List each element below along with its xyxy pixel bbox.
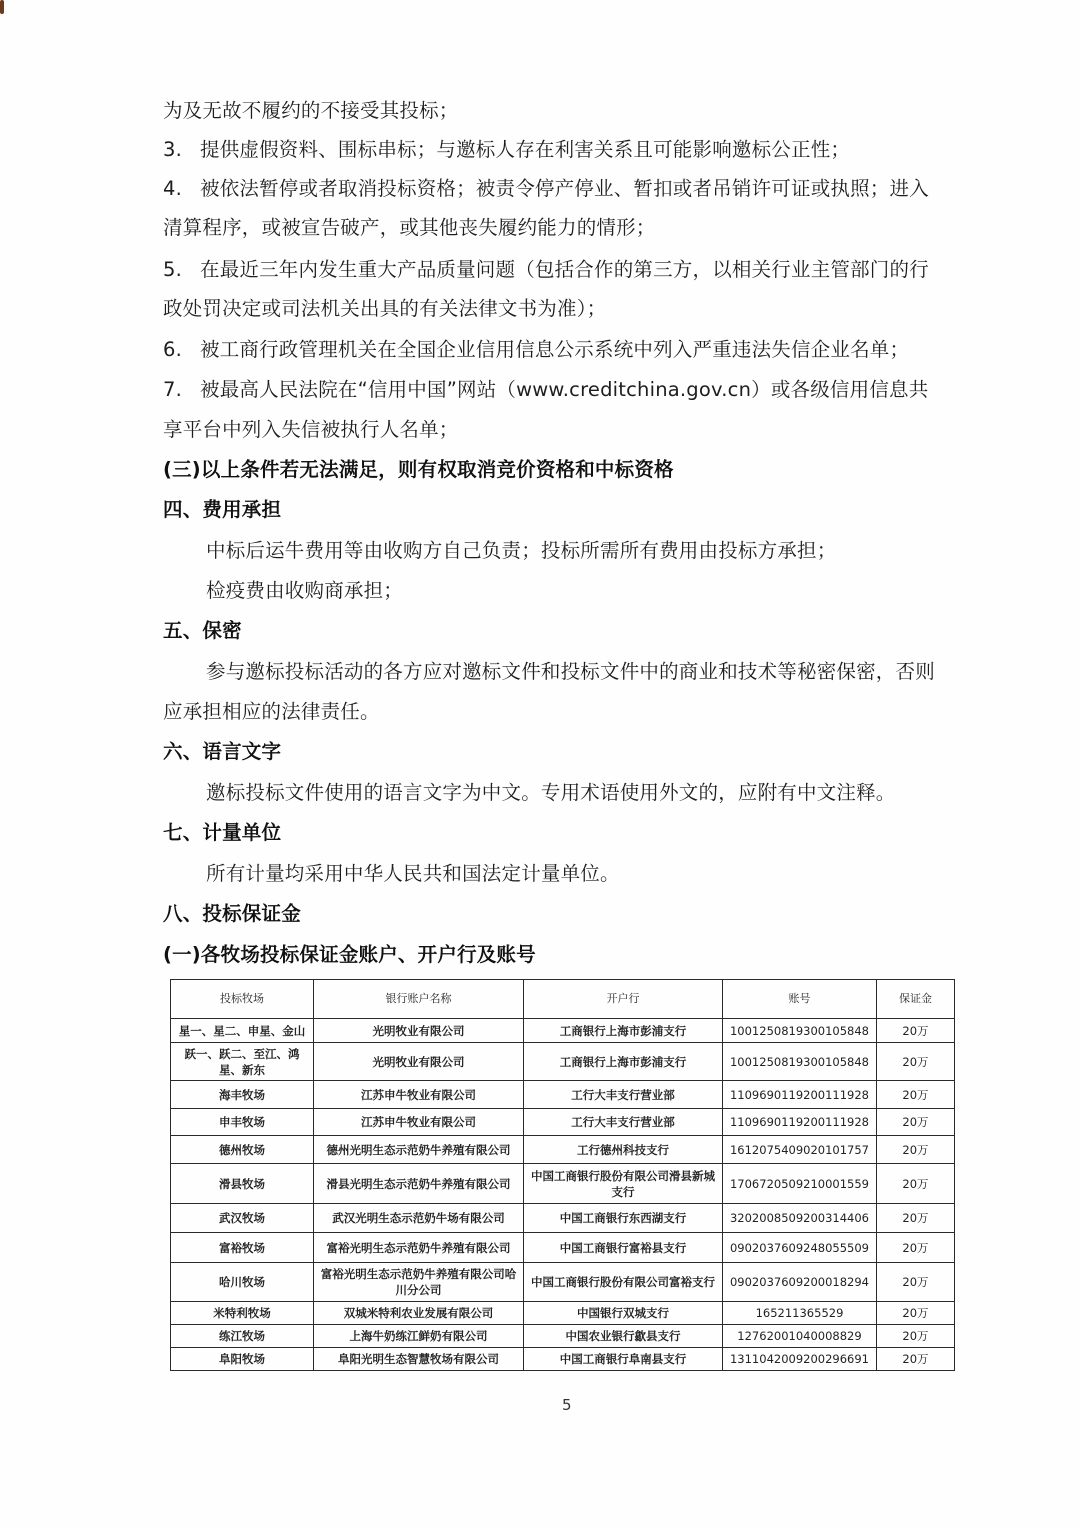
deposit-cell: 20万 [877, 1109, 955, 1136]
farm-cell: 德州牧场 [171, 1136, 314, 1164]
table-row: 武汉牧场武汉光明生态示范奶牛场有限公司中国工商银行东西湖支行3202008509… [171, 1204, 955, 1233]
farm-cell: 星一、星二、申星、金山 [171, 1019, 314, 1043]
list-item-5: 5.在最近三年内发生重大产品质量问题（包括合作的第三方，以相关行业主管部门的行 [163, 257, 929, 283]
section-5-paragraph-cont: 应承担相应的法律责任。 [163, 699, 380, 725]
table-row: 申丰牧场江苏申牛牧业有限公司工行大丰支行营业部11096901192001119… [171, 1109, 955, 1136]
account-name-cell: 德州光明生态示范奶牛养殖有限公司 [314, 1136, 524, 1164]
account-name-cell: 光明牧业有限公司 [314, 1019, 524, 1043]
account-name-cell: 上海牛奶练江鲜奶有限公司 [314, 1325, 524, 1348]
list-item-4: 4.被依法暂停或者取消投标资格；被责令停产停业、暂扣或者吊销许可证或执照；进入 [163, 176, 929, 202]
deposit-cell: 20万 [877, 1348, 955, 1371]
account-name-cell: 光明牧业有限公司 [314, 1043, 524, 1081]
bank-cell: 中国工商银行股份有限公司富裕支行 [524, 1263, 723, 1302]
farm-cell: 富裕牧场 [171, 1233, 314, 1263]
table-row: 滑县牧场滑县光明生态示范奶牛养殖有限公司中国工商银行股份有限公司滑县新城支行17… [171, 1164, 955, 1204]
account-number-cell: 3202008509200314406 [723, 1204, 877, 1233]
account-number-cell: 1001250819300105848 [723, 1019, 877, 1043]
deposit-cell: 20万 [877, 1263, 955, 1302]
list-item-3: 3.提供虚假资料、围标串标；与邀标人存在利害关系且可能影响邀标公正性； [163, 137, 850, 163]
account-number-cell: 0902037609200018294 [723, 1263, 877, 1302]
deposit-cell: 20万 [877, 1302, 955, 1325]
bank-cell: 中国工商银行东西湖支行 [524, 1204, 723, 1233]
farm-cell: 跃一、跃二、至江、鸿星、新东 [171, 1043, 314, 1081]
farm-cell: 米特利牧场 [171, 1302, 314, 1325]
farm-cell: 练江牧场 [171, 1325, 314, 1348]
bank-cell: 中国工商银行富裕县支行 [524, 1233, 723, 1263]
account-name-cell: 滑县光明生态示范奶牛养殖有限公司 [314, 1164, 524, 1204]
account-number-cell: 165211365529 [723, 1302, 877, 1325]
document-page: 为及无故不履约的不接受其投标； 3.提供虚假资料、围标串标；与邀标人存在利害关系… [0, 0, 1080, 1528]
table-row: 德州牧场德州光明生态示范奶牛养殖有限公司工行德州科技支行161207540902… [171, 1136, 955, 1164]
bank-cell: 中国工商银行阜南县支行 [524, 1348, 723, 1371]
bank-cell: 工行德州科技支行 [524, 1136, 723, 1164]
deposit-cell: 20万 [877, 1019, 955, 1043]
table-row: 跃一、跃二、至江、鸿星、新东光明牧业有限公司工商银行上海市彭浦支行1001250… [171, 1043, 955, 1081]
account-number-cell: 1109690119200111928 [723, 1081, 877, 1109]
deposit-cell: 20万 [877, 1081, 955, 1109]
section-5-paragraph: 参与邀标投标活动的各方应对邀标文件和投标文件中的商业和技术等秘密保密，否则 [206, 659, 935, 685]
list-item-6: 6.被工商行政管理机关在全国企业信用信息公示系统中列入严重违法失信企业名单； [163, 337, 909, 363]
account-name-cell: 武汉光明生态示范奶牛场有限公司 [314, 1204, 524, 1233]
section-3-heading: (三)以上条件若无法满足，则有权取消竞价资格和中标资格 [163, 457, 674, 483]
section-5-heading: 五、保密 [163, 618, 242, 644]
text-line: 清算程序，或被宣告破产，或其他丧失履约能力的情形； [163, 215, 656, 241]
table-row: 星一、星二、申星、金山光明牧业有限公司工商银行上海市彭浦支行1001250819… [171, 1019, 955, 1043]
account-name-cell: 富裕光明生态示范奶牛养殖有限公司 [314, 1233, 524, 1263]
bank-cell: 工商银行上海市彭浦支行 [524, 1019, 723, 1043]
deposit-cell: 20万 [877, 1043, 955, 1081]
table-row: 练江牧场上海牛奶练江鲜奶有限公司中国农业银行歙县支行12762001040008… [171, 1325, 955, 1348]
deposit-account-table: 投标牧场 银行账户名称 开户行 账号 保证金 星一、星二、申星、金山光明牧业有限… [170, 979, 955, 1371]
account-name-cell: 富裕光明生态示范奶牛养殖有限公司哈川分公司 [314, 1263, 524, 1302]
text-line: 政处罚决定或司法机关出具的有关法律文书为准）； [163, 296, 606, 322]
farm-cell: 阜阳牧场 [171, 1348, 314, 1371]
account-name-cell: 双城米特利农业发展有限公司 [314, 1302, 524, 1325]
table-row: 米特利牧场双城米特利农业发展有限公司中国银行双城支行16521136552920… [171, 1302, 955, 1325]
page-number: 5 [562, 1396, 572, 1414]
section-8-sub-heading: (一)各牧场投标保证金账户、开户行及账号 [163, 942, 536, 968]
account-number-cell: 12762001040008829 [723, 1325, 877, 1348]
section-6-heading: 六、语言文字 [163, 739, 281, 765]
bank-cell: 中国银行双城支行 [524, 1302, 723, 1325]
table-row: 阜阳牧场阜阳光明生态智慧牧场有限公司中国工商银行阜南县支行13110420092… [171, 1348, 955, 1371]
text-line: 为及无故不履约的不接受其投标； [163, 98, 459, 124]
table-row: 哈川牧场富裕光明生态示范奶牛养殖有限公司哈川分公司中国工商银行股份有限公司富裕支… [171, 1263, 955, 1302]
bank-cell: 工商银行上海市彭浦支行 [524, 1043, 723, 1081]
section-6-paragraph: 邀标投标文件使用的语言文字为中文。专用术语使用外文的，应附有中文注释。 [206, 780, 896, 806]
header-farm: 投标牧场 [171, 980, 314, 1019]
farm-cell: 滑县牧场 [171, 1164, 314, 1204]
section-4-heading: 四、费用承担 [163, 497, 281, 523]
table-row: 海丰牧场江苏申牛牧业有限公司工行大丰支行营业部11096901192001119… [171, 1081, 955, 1109]
farm-cell: 武汉牧场 [171, 1204, 314, 1233]
deposit-cell: 20万 [877, 1136, 955, 1164]
list-item-7: 7.被最高人民法院在“信用中国”网站（www.creditchina.gov.c… [163, 377, 928, 403]
deposit-cell: 20万 [877, 1325, 955, 1348]
account-number-cell: 1109690119200111928 [723, 1109, 877, 1136]
scan-edge-mark [0, 0, 4, 14]
account-name-cell: 江苏申牛牧业有限公司 [314, 1109, 524, 1136]
table-header-row: 投标牧场 银行账户名称 开户行 账号 保证金 [171, 980, 955, 1019]
deposit-cell: 20万 [877, 1233, 955, 1263]
account-name-cell: 阜阳光明生态智慧牧场有限公司 [314, 1348, 524, 1371]
farm-cell: 申丰牧场 [171, 1109, 314, 1136]
farm-cell: 哈川牧场 [171, 1263, 314, 1302]
section-7-heading: 七、计量单位 [163, 820, 281, 846]
account-number-cell: 1612075409020101757 [723, 1136, 877, 1164]
bank-cell: 中国工商银行股份有限公司滑县新城支行 [524, 1164, 723, 1204]
header-bank: 开户行 [524, 980, 723, 1019]
header-deposit: 保证金 [877, 980, 955, 1019]
account-number-cell: 0902037609248055509 [723, 1233, 877, 1263]
section-4-paragraph: 中标后运牛费用等由收购方自己负责；投标所需所有费用由投标方承担； [206, 538, 836, 564]
account-number-cell: 1706720509210001559 [723, 1164, 877, 1204]
section-8-heading: 八、投标保证金 [163, 901, 301, 927]
bank-cell: 工行大丰支行营业部 [524, 1081, 723, 1109]
header-account-name: 银行账户名称 [314, 980, 524, 1019]
bank-cell: 工行大丰支行营业部 [524, 1109, 723, 1136]
text-line: 享平台中列入失信被执行人名单； [163, 417, 459, 443]
section-7-paragraph: 所有计量均采用中华人民共和国法定计量单位。 [206, 861, 620, 887]
deposit-cell: 20万 [877, 1204, 955, 1233]
table-row: 富裕牧场富裕光明生态示范奶牛养殖有限公司中国工商银行富裕县支行090203760… [171, 1233, 955, 1263]
section-4-paragraph: 检疫费由收购商承担； [206, 578, 403, 604]
bank-cell: 中国农业银行歙县支行 [524, 1325, 723, 1348]
account-number-cell: 1001250819300105848 [723, 1043, 877, 1081]
header-account-no: 账号 [723, 980, 877, 1019]
account-number-cell: 1311042009200296691 [723, 1348, 877, 1371]
deposit-cell: 20万 [877, 1164, 955, 1204]
farm-cell: 海丰牧场 [171, 1081, 314, 1109]
account-name-cell: 江苏申牛牧业有限公司 [314, 1081, 524, 1109]
